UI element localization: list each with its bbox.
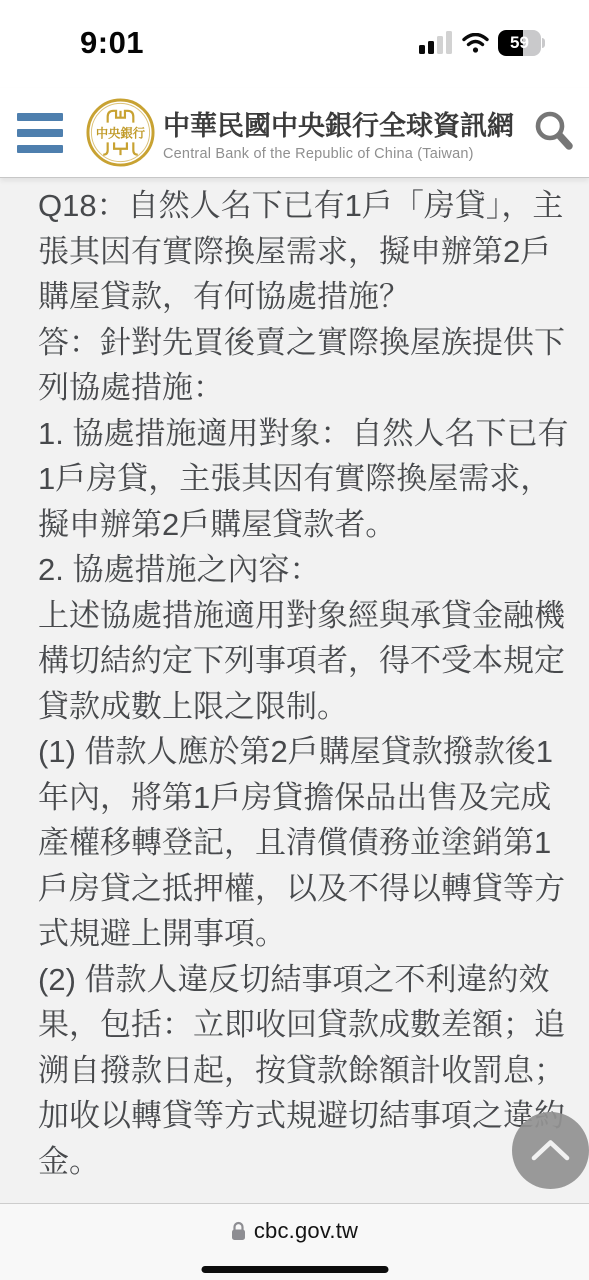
- logo-text: 中央銀行: [96, 125, 146, 140]
- cellular-signal-icon: [419, 31, 453, 55]
- site-header: 中央銀行 中華民國中央銀行全球資訊網 Central Bank of the R…: [0, 88, 589, 178]
- cbc-logo[interactable]: 中央銀行: [85, 97, 156, 168]
- url-text: cbc.gov.tw: [254, 1218, 358, 1244]
- scroll-to-top-button[interactable]: [512, 1112, 589, 1189]
- search-icon: [531, 108, 577, 154]
- qa-paragraph: Q18：自然人名下已有1戶「房貸」，主張其因有實際換屋需求，擬申辦第2戶購屋貸款…: [38, 183, 578, 320]
- battery-cap: [542, 38, 545, 48]
- qa-paragraph: 2. 協處措施之內容：: [38, 547, 578, 593]
- status-time: 9:01: [80, 25, 144, 61]
- browser-bottom-bar: cbc.gov.tw: [0, 1203, 589, 1280]
- battery-percent: 59: [498, 30, 541, 56]
- chevron-up-icon: [512, 1112, 589, 1189]
- address-bar[interactable]: cbc.gov.tw: [0, 1218, 589, 1244]
- wifi-icon: [462, 33, 489, 54]
- qa-paragraph: 上述協處措施適用對象經與承貸金融機構切結約定下列事項者，得不受本規定貸款成數上限…: [38, 593, 578, 730]
- status-bar: 9:01 59: [0, 0, 589, 88]
- qa-paragraph: 1. 協處措施適用對象：自然人名下已有1戶房貸，主張其因有實際換屋需求，擬申辦第…: [38, 411, 578, 548]
- qa-paragraph: (2) 借款人違反切結事項之不利違約效果，包括：立即收回貸款成數差額；追溯自撥款…: [38, 957, 578, 1185]
- hamburger-menu-icon[interactable]: [17, 113, 63, 153]
- site-title-block: 中華民國中央銀行全球資訊網 Central Bank of the Republ…: [163, 104, 514, 162]
- status-icons: 59: [419, 29, 545, 57]
- safari-browser-screen: 9:01 59: [0, 0, 589, 1280]
- qa-paragraph: 答：針對先買後賣之實際換屋族提供下列協處措施：: [38, 320, 578, 411]
- battery-icon: 59: [498, 30, 545, 56]
- search-button[interactable]: [531, 108, 577, 157]
- lock-icon: [231, 1221, 246, 1241]
- site-title: 中華民國中央銀行全球資訊網: [163, 104, 514, 143]
- qa-paragraph: (1) 借款人應於第2戶購屋貸款撥款後1年內，將第1戶房貸擔保品出售及完成產權移…: [38, 729, 578, 957]
- qa-content: Q18：自然人名下已有1戶「房貸」，主張其因有實際換屋需求，擬申辦第2戶購屋貸款…: [0, 178, 589, 1204]
- home-indicator[interactable]: [201, 1266, 388, 1273]
- site-subtitle: Central Bank of the Republic of China (T…: [163, 146, 514, 162]
